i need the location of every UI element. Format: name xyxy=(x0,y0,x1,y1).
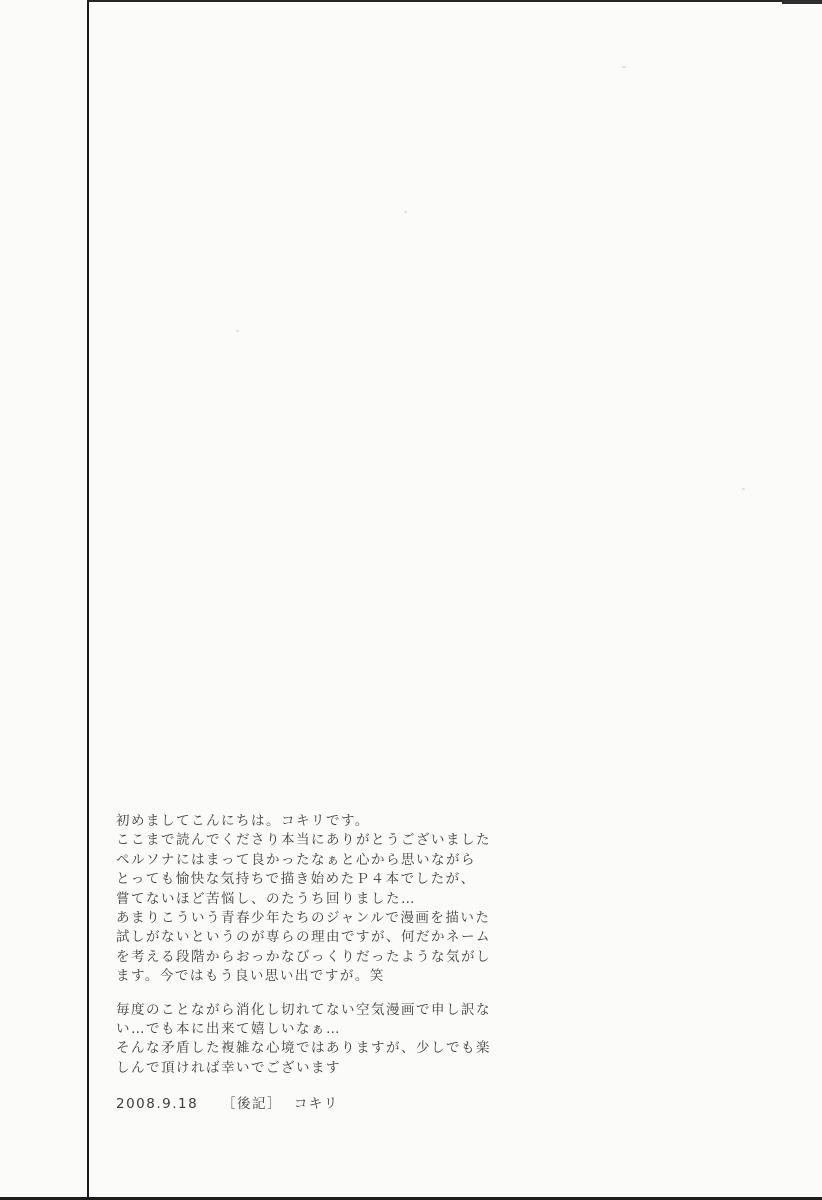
top-scan-edge xyxy=(87,0,822,2)
scan-speck xyxy=(404,211,407,213)
text-line: 初めましてこんにちは。コキリです。 xyxy=(116,812,491,831)
signoff-author: コキリ xyxy=(294,1096,339,1112)
text-line: 嘗てないほど苦悩し、のたうち回りました… xyxy=(116,890,491,909)
scanned-page: 初めましてこんにちは。コキリです。 ここまで読んでくださり本当にありがとうござい… xyxy=(0,0,822,1200)
text-line: 毎度のことながら消化し切れてない空気漫画で申し訳な xyxy=(116,1001,491,1020)
afterword-text-block: 初めましてこんにちは。コキリです。 ここまで読んでくださり本当にありがとうござい… xyxy=(116,812,491,1115)
page-gutter-line xyxy=(87,0,89,1200)
text-line: ペルソナにはまって良かったなぁと心から思いながら xyxy=(116,851,491,870)
afterword-paragraph-1: 初めましてこんにちは。コキリです。 ここまで読んでくださり本当にありがとうござい… xyxy=(116,812,491,987)
text-line: しんで頂ければ幸いでございます xyxy=(116,1059,491,1078)
signoff-label: ［後記］ xyxy=(222,1096,282,1112)
signoff-line: 2008.9.18 ［後記］ コキリ xyxy=(116,1095,491,1114)
signoff-date: 2008.9.18 xyxy=(116,1096,198,1112)
text-line: あまりこういう青春少年たちのジャンルで漫画を描いた xyxy=(116,909,491,928)
text-line: い…でも本に出来て嬉しいなぁ… xyxy=(116,1020,491,1039)
scan-speck xyxy=(622,66,626,68)
scan-speck xyxy=(236,330,239,332)
text-line: 試しがないというのが専らの理由ですが、何だかネーム xyxy=(116,928,491,947)
afterword-paragraph-2: 毎度のことながら消化し切れてない空気漫画で申し訳な い…でも本に出来て嬉しいなぁ… xyxy=(116,1001,491,1079)
text-line: ここまで読んでくださり本当にありがとうございました xyxy=(116,831,491,850)
text-line: ます。今ではもう良い思い出ですが。笑 xyxy=(116,967,491,986)
scan-speck xyxy=(742,488,745,490)
text-line: を考える段階からおっかなびっくりだったような気がし xyxy=(116,948,491,967)
top-right-scan-edge xyxy=(782,0,822,4)
text-line: そんな矛盾した複雑な心境ではありますが、少しでも楽 xyxy=(116,1039,491,1058)
text-line: とっても愉快な気持ちで描き始めたＰ４本でしたが、 xyxy=(116,870,491,889)
